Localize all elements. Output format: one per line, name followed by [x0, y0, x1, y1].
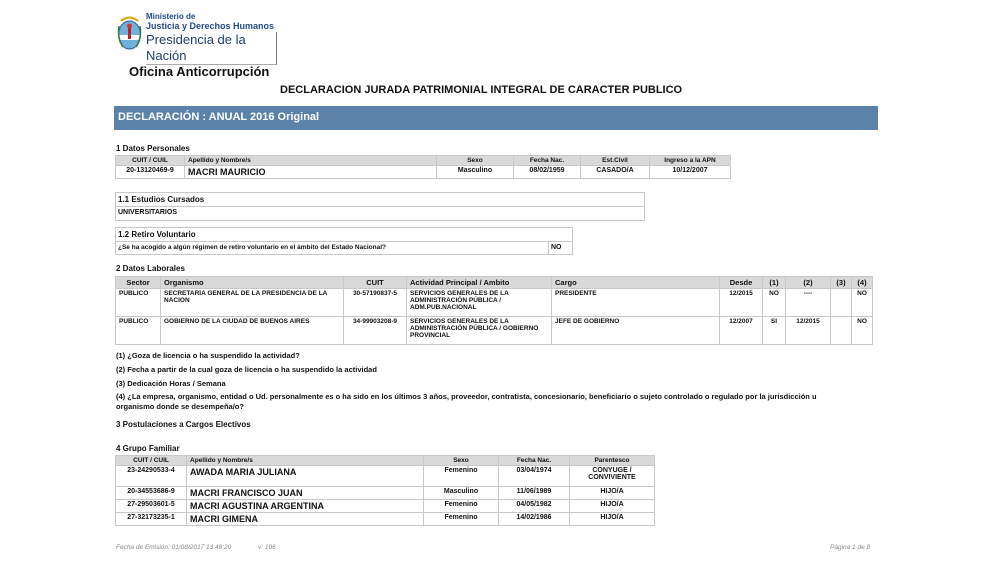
cell-cuit: 34-99903208-9 — [344, 317, 407, 345]
ministry-logo: Ministerio de Justicia y Derechos Humano… — [117, 12, 277, 58]
cell-organism: SECRETARIA GENERAL DE LA PRESIDENCIA DE … — [161, 289, 344, 317]
col-sex: Sexo — [424, 456, 499, 466]
col-since: Desde — [720, 277, 763, 289]
col-relation: Parentesco — [570, 456, 655, 466]
section-studies-title: 1.1 Estudios Cursados — [118, 195, 204, 204]
cell-position: PRESIDENTE — [552, 289, 720, 317]
col-apn: Ingreso a la APN — [650, 156, 731, 166]
section-elective-title: 3 Postulaciones a Cargos Electivos — [116, 420, 251, 429]
table-row: 20-13120469-9 MACRI MAURICIO Masculino 0… — [116, 166, 731, 179]
table-row: 27-29503601-5 MACRI AGUSTINA ARGENTINA F… — [116, 500, 655, 513]
col-4: (4) — [852, 277, 873, 289]
cell-cuit: 23-24290533-4 — [116, 466, 187, 487]
cell-relation: HIJO/A — [570, 513, 655, 526]
col-birth: Fecha Nac. — [514, 156, 581, 166]
document-title: DECLARACION JURADA PATRIMONIAL INTEGRAL … — [280, 84, 682, 96]
cell-sector: PUBLICO — [116, 289, 161, 317]
col-3: (3) — [831, 277, 852, 289]
studies-box: 1.1 Estudios Cursados UNIVERSITARIOS — [115, 192, 645, 221]
cell-name: MACRI GIMENA — [187, 513, 424, 526]
cell-cuit: 20-13120469-9 — [116, 166, 185, 179]
cell-sex: Masculino — [437, 166, 514, 179]
table-row: PUBLICO SECRETARIA GENERAL DE LA PRESIDE… — [116, 289, 873, 317]
cell-since: 12/2015 — [720, 289, 763, 317]
retirement-question: ¿Se ha acogido a algún régimen de retiro… — [118, 244, 386, 251]
cell-sex: Femenino — [424, 500, 499, 513]
section-retirement-title: 1.2 Retiro Voluntario — [118, 230, 196, 239]
cell-birth: 08/02/1959 — [514, 166, 581, 179]
cell-4: NO — [852, 289, 873, 317]
cell-1: NO — [763, 289, 786, 317]
cell-2: 12/2015 — [786, 317, 831, 345]
col-sector: Sector — [116, 277, 161, 289]
studies-value: UNIVERSITARIOS — [118, 209, 177, 216]
col-1: (1) — [763, 277, 786, 289]
table-row: 23-24290533-4 AWADA MARIA JULIANA Femeni… — [116, 466, 655, 487]
family-table: CUIT / CUIL Apellido y Nombre/s Sexo Fec… — [115, 455, 655, 526]
col-2: (2) — [786, 277, 831, 289]
cell-sector: PUBLICO — [116, 317, 161, 345]
col-cuit: CUIT / CUIL — [116, 156, 185, 166]
table-header-row: CUIT / CUIL Apellido y Nombre/s Sexo Fec… — [116, 156, 731, 166]
table-row: 20-34553686-9 MACRI FRANCISCO JUAN Mascu… — [116, 487, 655, 500]
version-label: v: 106 — [258, 544, 276, 551]
cell-4: NO — [852, 317, 873, 345]
labor-table: Sector Organismo CUIT Actividad Principa… — [115, 276, 873, 345]
office-name: Oficina Anticorrupción — [129, 64, 269, 79]
cell-cuit: 27-29503601-5 — [116, 500, 187, 513]
cell-birth: 03/04/1974 — [499, 466, 570, 487]
section-personal-title: 1 Datos Personales — [116, 144, 190, 153]
cell-sex: Masculino — [424, 487, 499, 500]
cell-activity: SERVICIOS GENERALES DE LA ADMINISTRACIÓN… — [407, 289, 552, 317]
retirement-answer: NO — [551, 244, 562, 251]
logo-presidency: Presidencia de la Nación — [146, 32, 277, 65]
cell-position: JEFE DE GOBIERNO — [552, 317, 720, 345]
note-3: (3) Dedicación Horas / Semana — [116, 379, 226, 388]
note-4: (4) ¿La empresa, organismo, entidad o Ud… — [116, 392, 856, 412]
cell-cuit: 27-32173235-1 — [116, 513, 187, 526]
page-number: Página 1 de 8 — [830, 544, 870, 551]
table-row: PUBLICO GOBIERNO DE LA CIUDAD DE BUENOS … — [116, 317, 873, 345]
table-header-row: Sector Organismo CUIT Actividad Principa… — [116, 277, 873, 289]
note-1: (1) ¿Goza de licencia o ha suspendido la… — [116, 351, 300, 360]
cell-name: MACRI AGUSTINA ARGENTINA — [187, 500, 424, 513]
cell-birth: 11/06/1989 — [499, 487, 570, 500]
emission-date: Fecha de Emisión: 01/08/2017 13:46:20 — [116, 544, 231, 551]
cell-name: AWADA MARIA JULIANA — [187, 466, 424, 487]
col-birth: Fecha Nac. — [499, 456, 570, 466]
retirement-box: 1.2 Retiro Voluntario ¿Se ha acogido a a… — [115, 227, 573, 255]
cell-since: 12/2007 — [720, 317, 763, 345]
cell-relation: HIJO/A — [570, 487, 655, 500]
coat-of-arms-icon — [117, 14, 142, 52]
cell-2: ---- — [786, 289, 831, 317]
cell-birth: 04/05/1982 — [499, 500, 570, 513]
col-name: Apellido y Nombre/s — [187, 456, 424, 466]
section-family-title: 4 Grupo Familiar — [116, 444, 180, 453]
cell-cuit: 30-57190837-5 — [344, 289, 407, 317]
cell-relation: CONYUGE / CONVIVIENTE — [570, 466, 655, 487]
cell-3 — [831, 317, 852, 345]
table-header-row: CUIT / CUIL Apellido y Nombre/s Sexo Fec… — [116, 456, 655, 466]
col-civil: Est.Civil — [581, 156, 650, 166]
declaration-bar: DECLARACIÓN : ANUAL 2016 Original — [114, 106, 878, 130]
cell-birth: 14/02/1986 — [499, 513, 570, 526]
note-2: (2) Fecha a partir de la cual goza de li… — [116, 365, 377, 374]
logo-ministry-label: Ministerio de — [146, 12, 277, 21]
col-cuit: CUIT / CUIL — [116, 456, 187, 466]
section-labor-title: 2 Datos Laborales — [116, 264, 185, 273]
personal-table: CUIT / CUIL Apellido y Nombre/s Sexo Fec… — [115, 155, 731, 179]
cell-sex: Femenino — [424, 513, 499, 526]
col-cuit: CUIT — [344, 277, 407, 289]
cell-organism: GOBIERNO DE LA CIUDAD DE BUENOS AIRES — [161, 317, 344, 345]
table-row: 27-32173235-1 MACRI GIMENA Femenino 14/0… — [116, 513, 655, 526]
cell-sex: Femenino — [424, 466, 499, 487]
col-organism: Organismo — [161, 277, 344, 289]
cell-cuit: 20-34553686-9 — [116, 487, 187, 500]
cell-name: MACRI MAURICIO — [185, 166, 437, 179]
cell-1: SI — [763, 317, 786, 345]
cell-name: MACRI FRANCISCO JUAN — [187, 487, 424, 500]
cell-3 — [831, 289, 852, 317]
cell-activity: SERVICIOS GENERALES DE LA ADMINISTRACIÓN… — [407, 317, 552, 345]
col-name: Apellido y Nombre/s — [185, 156, 437, 166]
logo-ministry-name: Justicia y Derechos Humanos — [146, 21, 277, 32]
col-activity: Actividad Principal / Ambito — [407, 277, 552, 289]
col-sex: Sexo — [437, 156, 514, 166]
cell-relation: HIJO/A — [570, 500, 655, 513]
cell-apn: 10/12/2007 — [650, 166, 731, 179]
cell-civil: CASADO/A — [581, 166, 650, 179]
col-position: Cargo — [552, 277, 720, 289]
